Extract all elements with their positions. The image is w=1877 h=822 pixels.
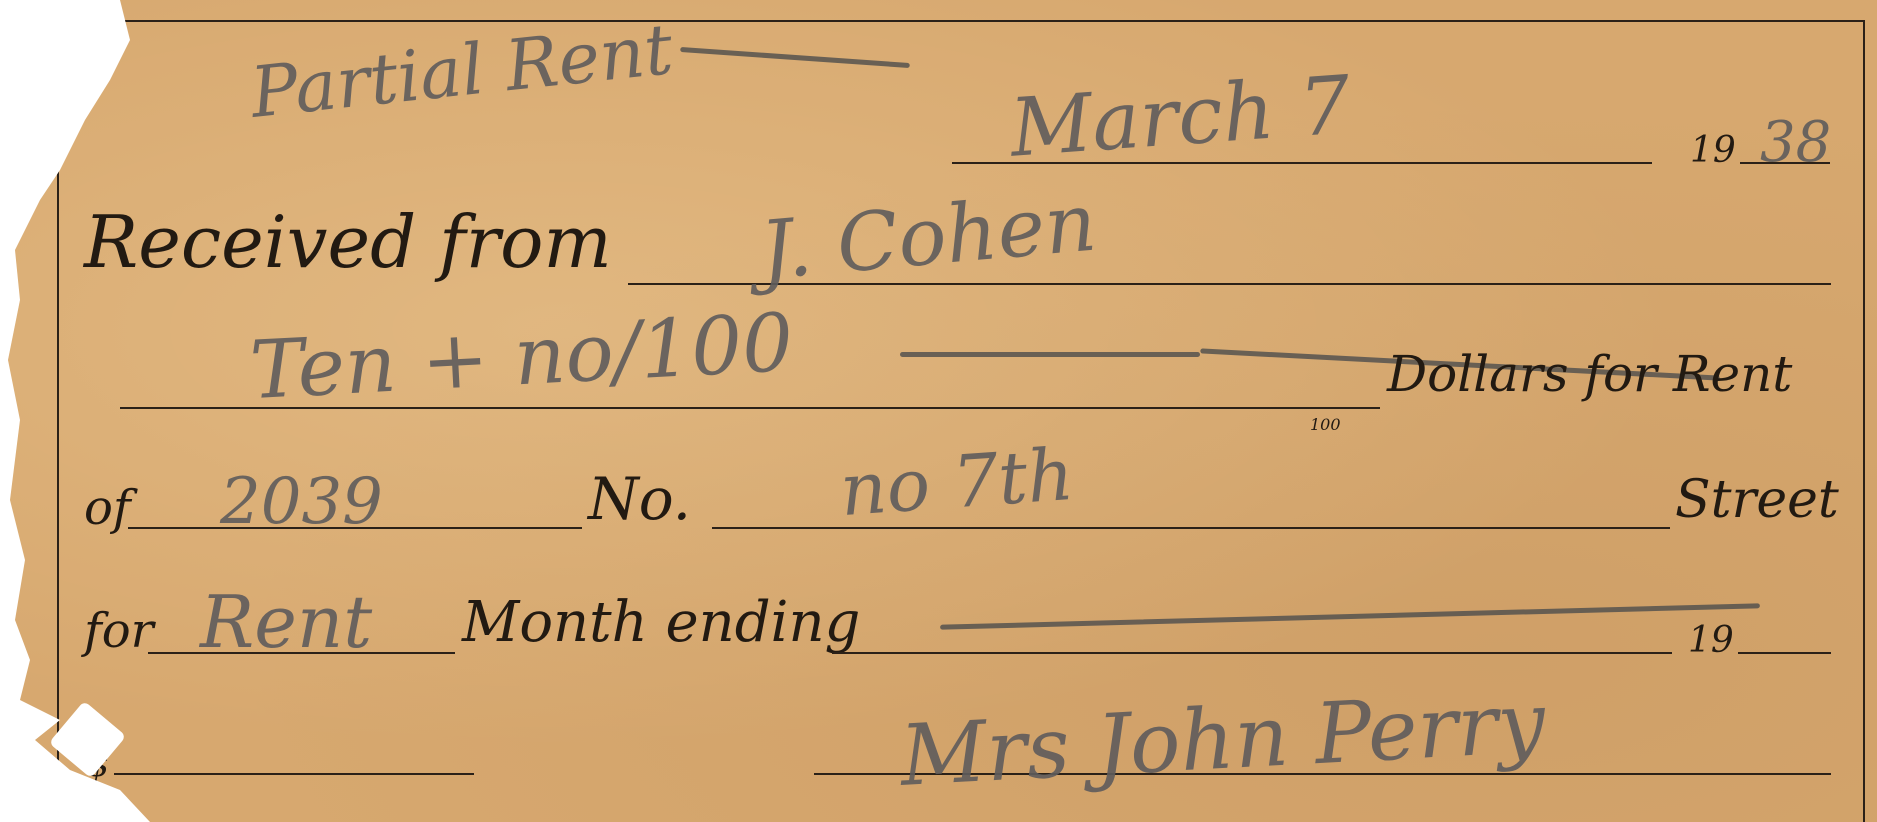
date-line	[952, 162, 1652, 164]
amount-figures-line	[114, 773, 474, 775]
for-value: Rent	[200, 580, 372, 664]
right-border	[1863, 20, 1865, 822]
receipt-paper: Partial Rent March 7 19 38 Received from…	[0, 0, 1877, 822]
date-value: March 7	[1007, 58, 1353, 175]
date-year-suffix: 38	[1760, 110, 1831, 175]
received-from-label: Received from	[84, 200, 612, 284]
dollars-for-rent-label: Dollars for Rent	[1387, 345, 1792, 403]
signature: Mrs John Perry	[898, 673, 1548, 805]
month-ending-label: Month ending	[462, 590, 860, 655]
top-border	[80, 20, 1865, 22]
tear-hole	[49, 701, 126, 778]
no-label: No.	[588, 465, 691, 533]
amount-strike-1	[900, 352, 1200, 357]
received-from-value: J. Cohen	[757, 176, 1100, 298]
amount-line	[120, 407, 1380, 409]
month-ending-line	[832, 652, 1672, 654]
month-year-prefix: 19	[1688, 620, 1734, 661]
month-ending-strike	[940, 603, 1760, 629]
date-year-prefix: 19	[1690, 130, 1736, 171]
no-value: no 7th	[837, 432, 1076, 532]
month-year-line	[1738, 652, 1831, 654]
left-border	[57, 116, 59, 822]
of-value: 2039	[220, 465, 383, 539]
note-partial-rent: Partial Rent	[247, 8, 677, 134]
street-label: Street	[1675, 470, 1839, 530]
of-label: of	[84, 480, 131, 536]
cents-label: 100	[1310, 415, 1341, 434]
note-strike	[680, 47, 910, 68]
for-label: for	[84, 603, 154, 659]
amount-words-value: Ten + no/100	[248, 296, 795, 417]
